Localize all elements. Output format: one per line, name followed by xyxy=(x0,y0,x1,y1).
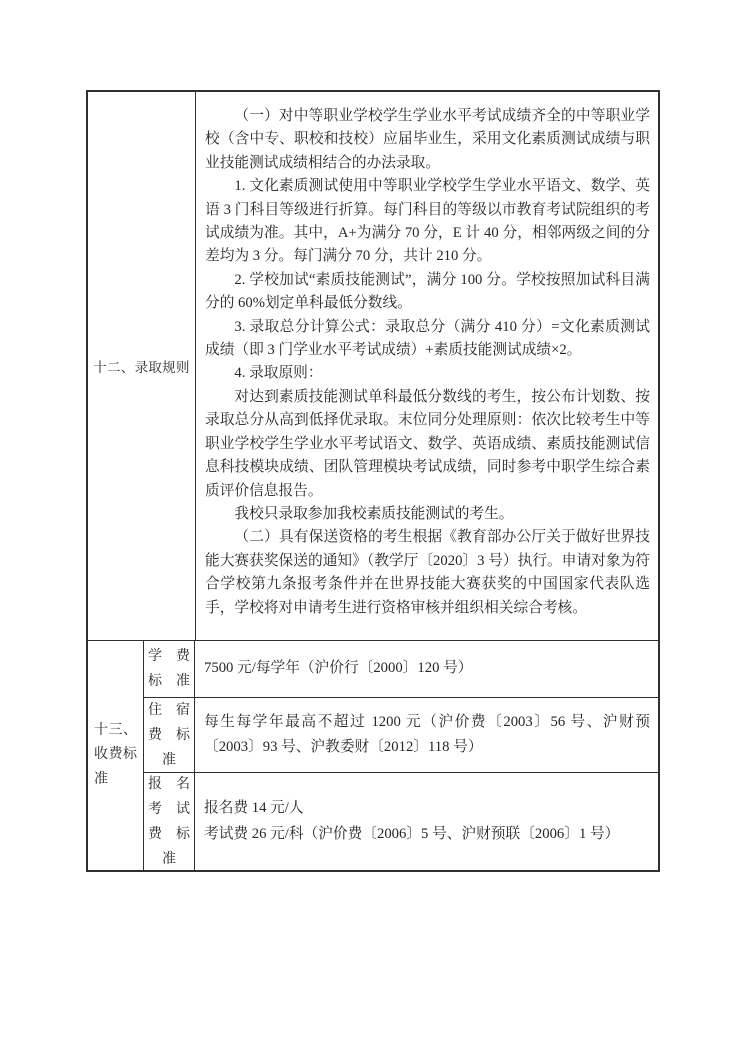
table-row-fee-standards: 十三、 收费标 准 学 费 标 准 7500 元/每学年（沪价行〔2000〕12… xyxy=(88,641,658,870)
fee-category-label: 报 名 考 试 费 标 准 xyxy=(148,772,190,872)
fee-description-text: 7500 元/每学年（沪价行〔2000〕120 号） xyxy=(204,656,472,682)
section-label-text: 十三、 收费标 准 xyxy=(94,719,138,793)
fee-category-registration-exam: 报 名 考 试 费 标 准 xyxy=(144,773,195,870)
section-label-admission-rules: 十二、录取规则 xyxy=(88,92,196,640)
fee-rows-container: 学 费 标 准 7500 元/每学年（沪价行〔2000〕120 号） 住 宿 费… xyxy=(144,641,658,870)
fee-description-registration-exam: 报名费 14 元/人 考试费 26 元/科（沪价费〔2006〕5 号、沪财预联〔… xyxy=(195,773,658,870)
fee-description-text: 每生每学年最高不超过 1200 元（沪价费〔2003〕56 号、沪财预〔2003… xyxy=(204,710,650,761)
document-page: 十二、录取规则 （一）对中等职业学校学生学业水平考试成绩齐全的中等职业学校（含中… xyxy=(0,0,744,1053)
fee-row-accommodation: 住 宿 费 标 准 每生每学年最高不超过 1200 元（沪价费〔2003〕56 … xyxy=(144,698,658,773)
rules-paragraph-intro: （一）对中等职业学校学生学业水平考试成绩齐全的中等职业学校（含中专、职校和技校）… xyxy=(205,105,650,175)
rules-paragraph-own-test-only: 我校只录取参加我校素质技能测试的考生。 xyxy=(205,503,650,526)
rules-paragraph-culture-test: 1. 文化素质测试使用中等职业学校学生学业水平语文、数学、英语 3 门科目等级进… xyxy=(205,175,650,269)
rules-paragraph-principle-title: 4. 录取原则： xyxy=(205,362,650,385)
rules-paragraph-total-score-formula: 3. 录取总分计算公式：录取总分（满分 410 分）=文化素质测试成绩（即 3 … xyxy=(205,316,650,363)
fee-description-accommodation: 每生每学年最高不超过 1200 元（沪价费〔2003〕56 号、沪财预〔2003… xyxy=(195,698,658,772)
fee-row-tuition: 学 费 标 准 7500 元/每学年（沪价行〔2000〕120 号） xyxy=(144,641,658,698)
section-label-text: 十二、录取规则 xyxy=(93,356,190,376)
rules-paragraph-skill-test: 2. 学校加试“素质技能测试”，满分 100 分。学校按照加试科目满分的 60%… xyxy=(205,269,650,316)
fee-description-tuition: 7500 元/每学年（沪价行〔2000〕120 号） xyxy=(195,641,658,697)
fee-category-tuition: 学 费 标 准 xyxy=(144,641,195,697)
fee-row-registration-exam: 报 名 考 试 费 标 准 报名费 14 元/人 考试费 26 元/科（沪价费〔… xyxy=(144,773,658,870)
table-row-admission-rules: 十二、录取规则 （一）对中等职业学校学生学业水平考试成绩齐全的中等职业学校（含中… xyxy=(88,92,658,641)
fee-category-label: 住 宿 费 标 准 xyxy=(148,698,190,773)
admission-rules-content: （一）对中等职业学校学生学业水平考试成绩齐全的中等职业学校（含中专、职校和技校）… xyxy=(196,92,658,640)
fee-category-accommodation: 住 宿 费 标 准 xyxy=(144,698,195,772)
admission-info-table: 十二、录取规则 （一）对中等职业学校学生学业水平考试成绩齐全的中等职业学校（含中… xyxy=(86,90,660,872)
section-label-fee-standards: 十三、 收费标 准 xyxy=(88,641,144,870)
rules-paragraph-principle-detail: 对达到素质技能测试单科最低分数线的考生，按公布计划数、按录取总分从高到低择优录取… xyxy=(205,386,650,503)
fee-category-label: 学 费 标 准 xyxy=(148,644,190,694)
rules-paragraph-exempt-admission: （二）具有保送资格的考生根据《教育部办公厅关于做好世界技能大赛获奖保送的通知》（… xyxy=(205,526,650,620)
fee-description-text: 报名费 14 元/人 考试费 26 元/科（沪价费〔2006〕5 号、沪财预联〔… xyxy=(204,796,619,847)
